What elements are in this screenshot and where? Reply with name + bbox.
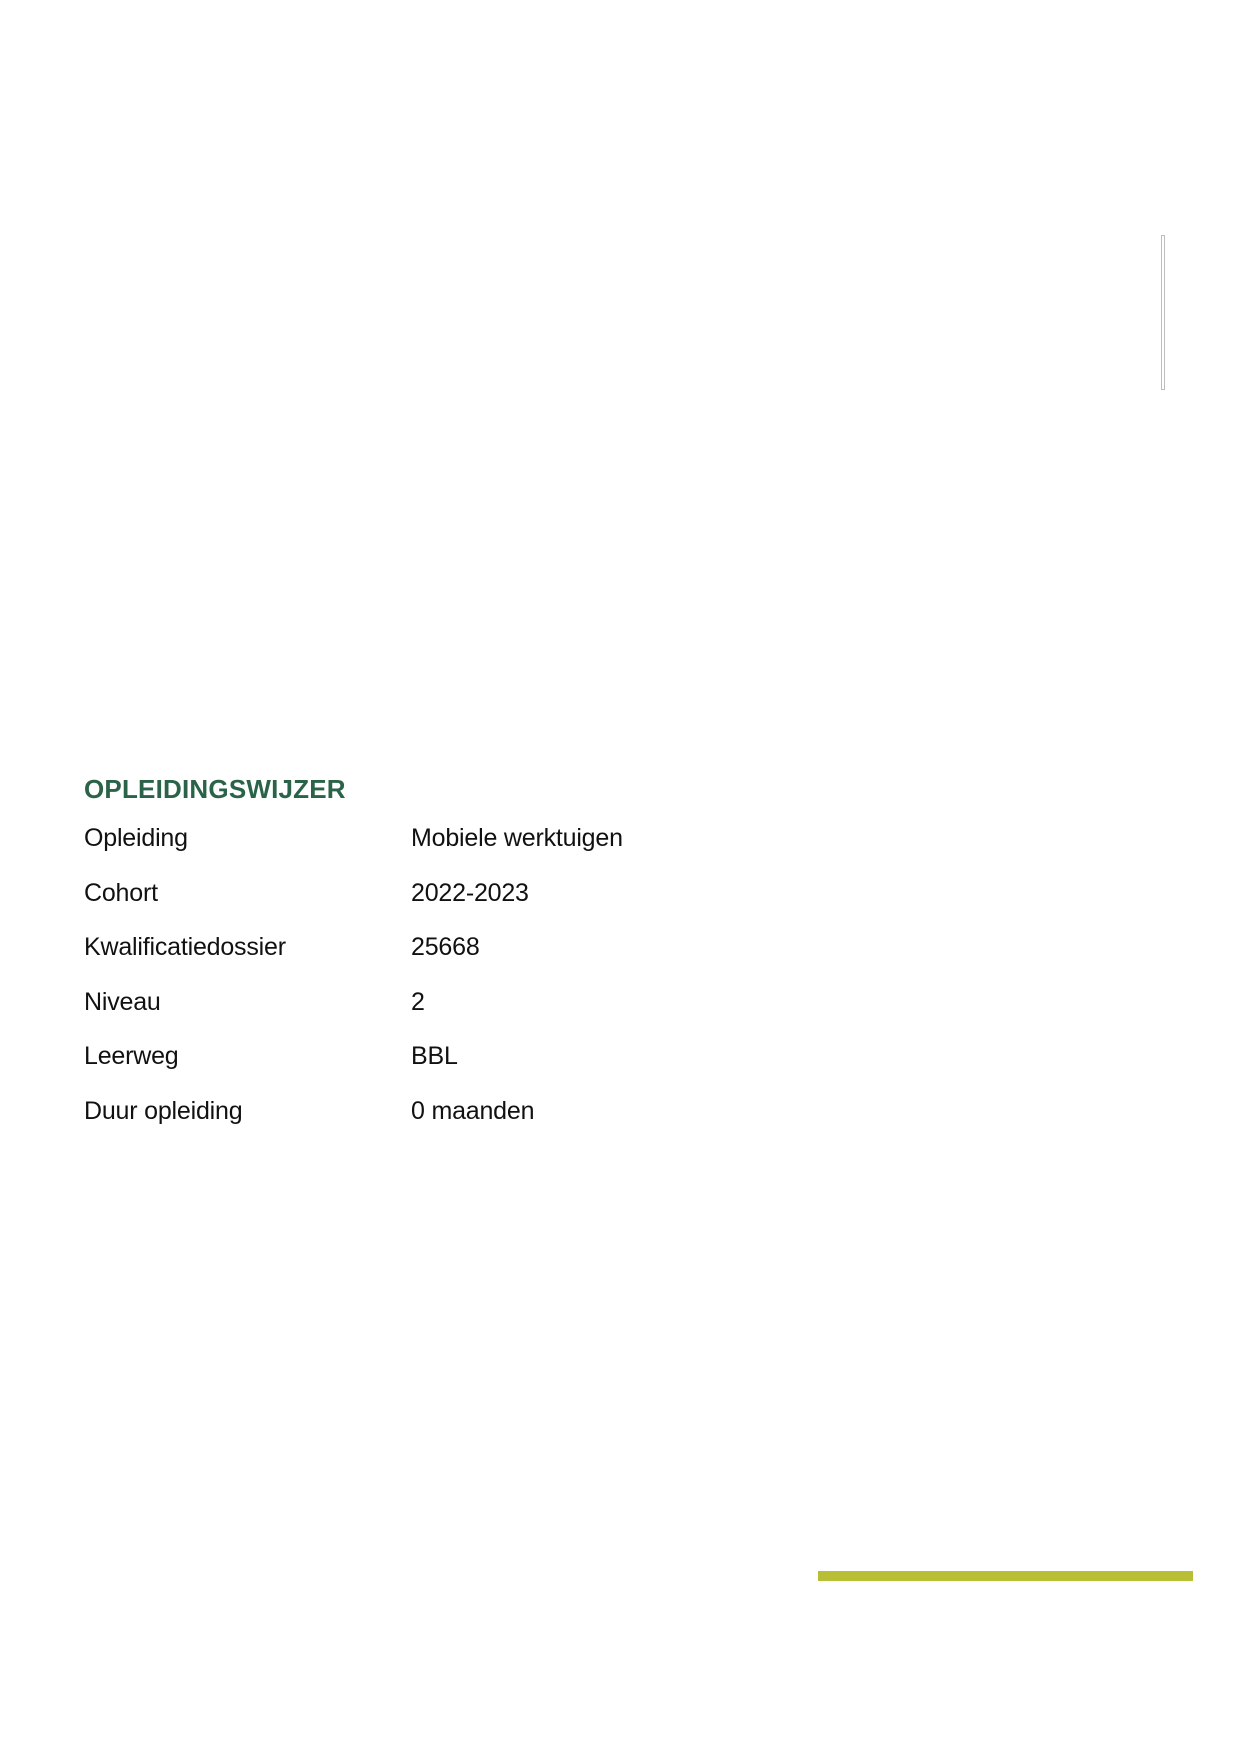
side-marker-decoration <box>1161 235 1165 390</box>
row-label-cohort: Cohort <box>84 881 411 936</box>
row-label-niveau: Niveau <box>84 990 411 1045</box>
row-label-leerweg: Leerweg <box>84 1044 411 1099</box>
table-row: Cohort 2022-2023 <box>84 881 811 936</box>
row-value-kwalificatiedossier: 25668 <box>411 935 811 990</box>
row-value-leerweg: BBL <box>411 1044 811 1099</box>
table-row: Leerweg BBL <box>84 1044 811 1099</box>
row-value-opleiding: Mobiele werktuigen <box>411 826 811 881</box>
training-info-table: Opleiding Mobiele werktuigen Cohort 2022… <box>84 826 811 1153</box>
row-label-opleiding: Opleiding <box>84 826 411 881</box>
table-row: Duur opleiding 0 maanden <box>84 1099 811 1154</box>
section-title: OPLEIDINGSWIJZER <box>84 776 346 802</box>
table-row: Opleiding Mobiele werktuigen <box>84 826 811 881</box>
row-label-duur-opleiding: Duur opleiding <box>84 1099 411 1154</box>
row-label-kwalificatiedossier: Kwalificatiedossier <box>84 935 411 990</box>
row-value-niveau: 2 <box>411 990 811 1045</box>
row-value-duur-opleiding: 0 maanden <box>411 1099 811 1154</box>
accent-bar-decoration <box>818 1571 1193 1581</box>
table-row: Niveau 2 <box>84 990 811 1045</box>
table-row: Kwalificatiedossier 25668 <box>84 935 811 990</box>
document-page: OPLEIDINGSWIJZER Opleiding Mobiele werkt… <box>0 0 1240 1755</box>
row-value-cohort: 2022-2023 <box>411 881 811 936</box>
